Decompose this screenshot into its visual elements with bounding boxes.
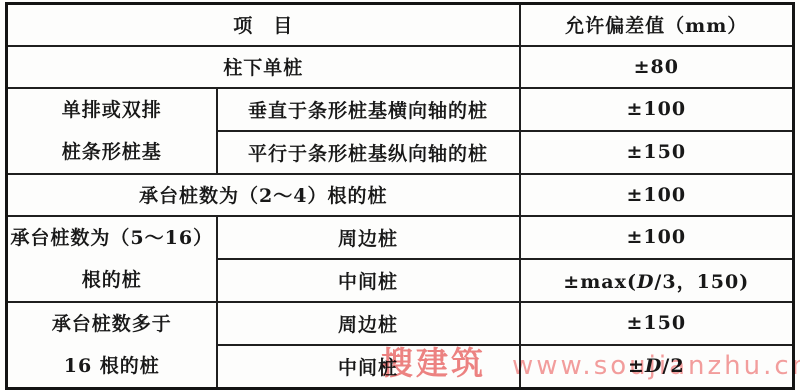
item-cell: 周边桩 [217, 216, 520, 259]
pile-deviation-table: 项 目 允许偏差值（mm） 柱下单桩 ±80 单排或双排 桩条形桩基 垂直于条形… [5, 2, 795, 390]
value-cell: ±D/2 [520, 345, 794, 388]
table-row: 承台桩数为（5～16） 根的桩 周边桩 ±100 [7, 216, 794, 259]
item-cell: 周边桩 [217, 302, 520, 345]
item-cell: 中间桩 [217, 345, 520, 388]
group-line: 桩条形桩基 [8, 131, 216, 173]
value-cell: ±100 [520, 216, 794, 259]
group-line: 根的桩 [8, 259, 216, 301]
item-cell: 柱下单桩 [7, 46, 520, 88]
group-line: 单排或双排 [8, 89, 216, 131]
value-cell: ±max(D/3，150) [520, 259, 794, 302]
value-cell: ±150 [520, 302, 794, 345]
item-cell: 垂直于条形桩基横向轴的桩 [217, 88, 520, 131]
table-row: 单排或双排 桩条形桩基 垂直于条形桩基横向轴的桩 ±100 [7, 88, 794, 131]
value-cell: ±150 [520, 131, 794, 174]
value-cell: ±100 [520, 88, 794, 131]
value-cell: ±100 [520, 174, 794, 216]
value-cell: ±80 [520, 46, 794, 88]
group-cell: 单排或双排 桩条形桩基 [7, 88, 217, 174]
group-line: 16 根的桩 [8, 345, 216, 387]
table-row: 承台桩数多于 16 根的桩 周边桩 ±150 [7, 302, 794, 345]
item-cell: 中间桩 [217, 259, 520, 302]
item-cell: 承台桩数为（2～4）根的桩 [7, 174, 520, 216]
group-line: 承台桩数多于 [8, 303, 216, 345]
group-cell: 承台桩数为（5～16） 根的桩 [7, 216, 217, 302]
column-header-item: 项 目 [7, 4, 520, 46]
table-row: 承台桩数为（2～4）根的桩 ±100 [7, 174, 794, 216]
scanned-document-page: 项 目 允许偏差值（mm） 柱下单桩 ±80 单排或双排 桩条形桩基 垂直于条形… [0, 0, 800, 390]
item-cell: 平行于条形桩基纵向轴的桩 [217, 131, 520, 174]
table-header-row: 项 目 允许偏差值（mm） [7, 4, 794, 46]
table-row: 柱下单桩 ±80 [7, 46, 794, 88]
group-line: 承台桩数为（5～16） [8, 217, 216, 259]
column-header-value: 允许偏差值（mm） [520, 4, 794, 46]
group-cell: 承台桩数多于 16 根的桩 [7, 302, 217, 389]
